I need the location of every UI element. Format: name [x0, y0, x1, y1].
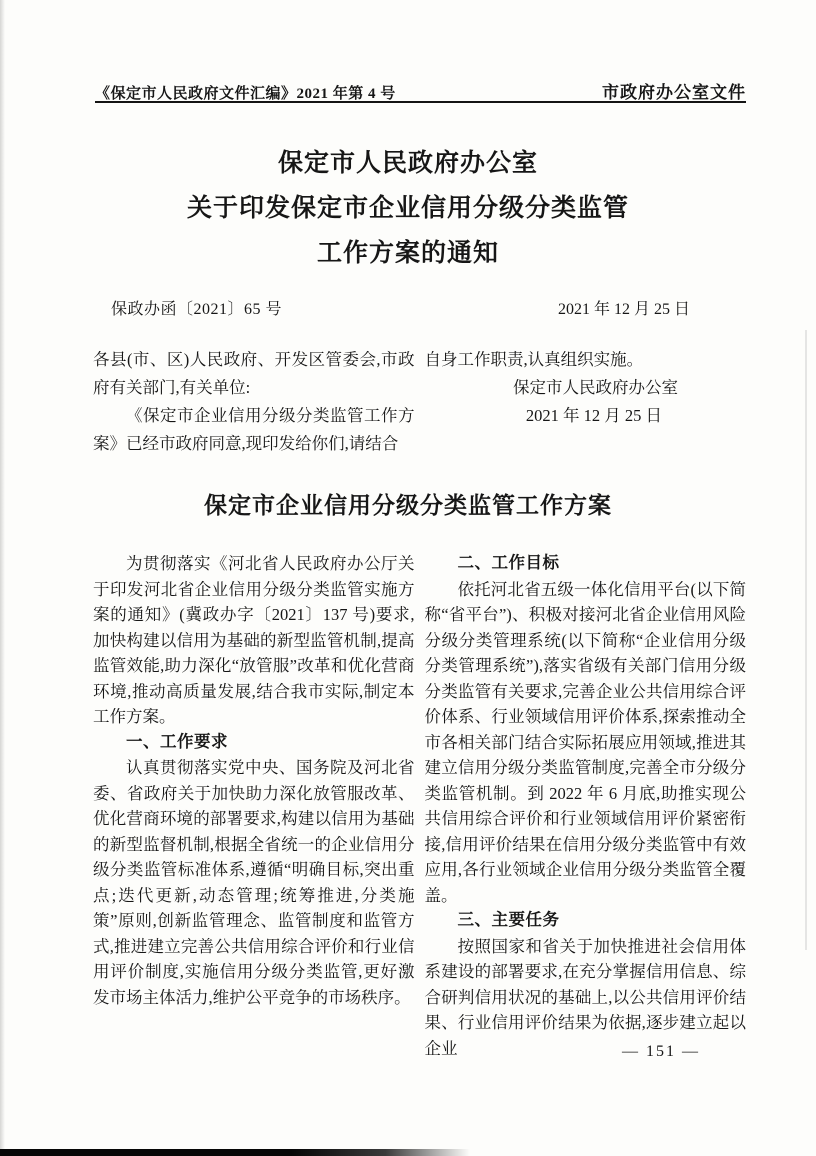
- plan-right-column: 二、工作目标 依托河北省五级一体化信用平台(以下简称“省平台”)、积极对接河北省…: [425, 551, 747, 1061]
- notice-title-line2: 关于印发保定市企业信用分级分类监管: [70, 186, 746, 231]
- notice-body-right-column: 自身工作职责,认真组织实施。 保定市人民政府办公室 2021 年 12 月 25…: [425, 346, 747, 458]
- scan-right-edge-artifact: [805, 330, 807, 950]
- scanned-document-page: 《保定市人民政府文件汇编》2021 年第 4 号 市政府办公室文件 保定市人民政…: [0, 0, 816, 1156]
- page-header: 《保定市人民政府文件汇编》2021 年第 4 号 市政府办公室文件: [95, 78, 746, 103]
- section-3-paragraph: 按照国家和省关于加快推进社会信用体系建设的部署要求,在充分掌握信用信息、综合研判…: [425, 934, 747, 1062]
- plan-body-columns: 为贯彻落实《河北省人民政府办公厅关于印发河北省企业信用分级分类监管实施方案的通知…: [93, 551, 746, 1061]
- notice-title-line3: 工作方案的通知: [70, 231, 746, 276]
- page-number: — 151 —: [622, 1043, 700, 1061]
- document-date: 2021 年 12 月 25 日: [558, 296, 690, 319]
- signature-office: 保定市人民政府办公室: [425, 374, 747, 402]
- section-heading-2: 二、工作目标: [425, 551, 747, 577]
- section-heading-3: 三、主要任务: [425, 908, 747, 934]
- signature-date: 2021 年 12 月 25 日: [425, 402, 747, 430]
- plan-left-column: 为贯彻落实《河北省人民政府办公厅关于印发河北省企业信用分级分类监管实施方案的通知…: [93, 551, 415, 1061]
- header-compilation-label: 《保定市人民政府文件汇编》2021 年第 4 号: [95, 82, 396, 103]
- header-rule: [95, 101, 746, 103]
- plan-intro-paragraph: 为贯彻落实《河北省人民政府办公厅关于印发河北省企业信用分级分类监管实施方案的通知…: [93, 551, 415, 730]
- document-meta-row: 保政办函〔2021〕65 号 2021 年 12 月 25 日: [95, 296, 746, 319]
- document-number: 保政办函〔2021〕65 号: [111, 296, 282, 319]
- notice-body-columns: 各县(市、区)人民政府、开发区管委会,市政府有关部门,有关单位: 《保定市企业信…: [93, 346, 746, 458]
- header-document-category: 市政府办公室文件: [602, 78, 746, 103]
- notice-title-line1: 保定市人民政府办公室: [70, 141, 746, 186]
- notice-body-left-column: 各县(市、区)人民政府、开发区管委会,市政府有关部门,有关单位: 《保定市企业信…: [93, 346, 415, 458]
- scan-left-edge-artifact: [0, 0, 5, 1156]
- addressees-paragraph: 各县(市、区)人民政府、开发区管委会,市政府有关部门,有关单位:: [93, 346, 415, 402]
- section-heading-1: 一、工作要求: [93, 730, 415, 756]
- plan-title: 保定市企业信用分级分类监管工作方案: [70, 487, 746, 520]
- section-1-paragraph: 认真贯彻落实党中央、国务院及河北省委、省政府关于加快助力深化放管服改革、优化营商…: [93, 755, 415, 1010]
- section-2-paragraph: 依托河北省五级一体化信用平台(以下简称“省平台”)、积极对接河北省企业信用风险分…: [425, 577, 747, 909]
- scan-bottom-bar-artifact: [0, 1149, 470, 1156]
- notice-paragraph-continuation: 自身工作职责,认真组织实施。: [425, 346, 747, 374]
- notice-title: 保定市人民政府办公室 关于印发保定市企业信用分级分类监管 工作方案的通知: [70, 141, 746, 276]
- notice-paragraph: 《保定市企业信用分级分类监管工作方案》已经市政府同意,现印发给你们,请结合: [93, 402, 415, 458]
